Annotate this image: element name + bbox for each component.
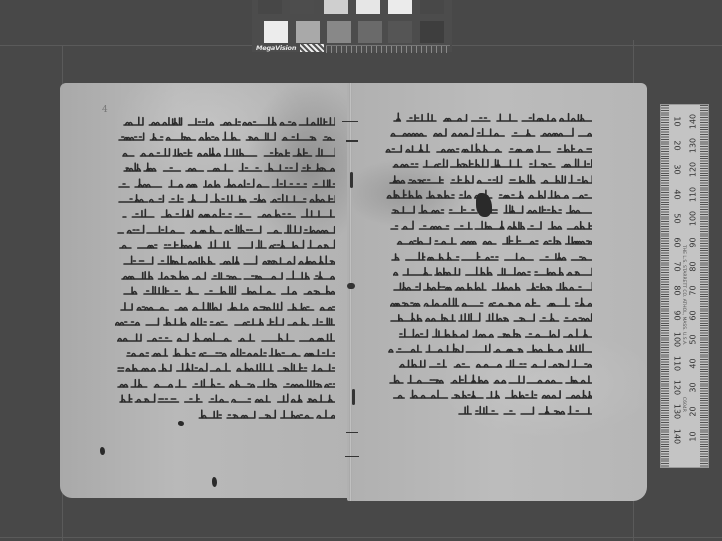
target-scale-bar [326,45,450,53]
script-line [457,404,592,414]
ruler-number-left: 110 [673,354,682,374]
script-line [389,126,592,136]
ruler-ticks-right [700,105,708,467]
swatch [264,21,288,43]
right-page-text-block [382,111,592,421]
megavision-logo: MegaVision [256,44,296,52]
ink-spot [212,477,217,487]
ruler-number-right: 140 [689,112,698,132]
ruler-number-right: 110 [689,184,698,204]
calibration-target: MegaVision [252,0,452,52]
sewing-thread [342,121,358,122]
script-line [118,392,335,402]
script-line [117,192,335,202]
ruler-number-right: 60 [689,305,698,325]
script-line [389,219,592,229]
checker-pattern-icon [300,44,324,52]
ruler-number-right: 120 [689,160,698,180]
ruler-number-left: 40 [673,184,682,204]
manuscript-right-page [347,83,647,501]
ruler-number-left: 100 [673,329,682,349]
script-line [119,161,335,171]
ruler-model-text: C604R [681,397,686,412]
swatch [356,0,380,14]
script-line [392,111,592,121]
ruler-number-right: 70 [689,281,698,301]
script-line [385,142,592,152]
ruler-number-left: 30 [673,160,682,180]
sewing-thread [346,432,358,433]
script-line [392,280,592,290]
ruler-number-right: 30 [689,378,698,398]
script-line [391,157,592,167]
ruler-number-left: 70 [673,257,682,277]
manuscript-left-page: 4 [60,83,350,498]
ruler-number-right: 10 [689,426,698,446]
swatch [258,0,282,14]
sewing-hole [347,283,355,289]
ink-spot [100,447,105,455]
script-line [114,238,335,248]
frame-guide-bottom [0,537,722,538]
ruler-number-right: 40 [689,354,698,374]
script-line [393,265,592,275]
script-line [121,207,335,217]
script-line [393,357,592,367]
script-line [118,346,335,356]
ruler-number-left: 80 [673,281,682,301]
ruler-ticks-left [661,105,669,467]
script-line [117,177,335,187]
swatch [420,0,444,14]
ruler-number-left: 140 [673,426,682,446]
script-line [122,115,335,125]
script-line [389,234,592,244]
script-line [116,361,335,371]
folio-number: 4 [102,105,108,115]
script-line [115,315,335,325]
script-line [119,300,335,310]
script-line [390,250,592,260]
script-line [391,388,592,398]
swatch [420,21,444,43]
swatch [358,21,382,43]
script-line [388,173,592,183]
ruler-number-right: 90 [689,233,698,253]
ruler-number-left: 60 [673,233,682,253]
script-line [119,146,335,156]
sewing-thread [346,140,358,142]
left-page-text-block [110,115,335,425]
script-line [116,223,335,233]
ruler-number-left: 20 [673,136,682,156]
script-line [392,327,592,337]
script-line [389,311,592,321]
ruler-number-right: 80 [689,257,698,277]
ruler-number-left: 130 [673,402,682,422]
script-line [390,296,592,306]
swatch [324,0,348,14]
gutter-fold [349,83,352,501]
swatch [327,21,351,43]
sewing-thread [345,456,359,457]
swatch [388,0,412,14]
script-line [116,331,335,341]
ink-spot [178,421,184,426]
ruler-number-right: 100 [689,208,698,228]
sewing-hole [352,389,355,405]
ruler-number-left: 10 [673,112,682,132]
ruler-number-right: 130 [689,136,698,156]
script-line [388,373,592,383]
ruler-maker-text: THE L.S. STARRETT CO. ATHOL, MASS. U.S.A… [681,245,686,345]
script-line [387,342,592,352]
ruler-number-right: 20 [689,402,698,422]
swatch [388,21,412,43]
sewing-hole [350,172,353,188]
ruler-number-left: 50 [673,208,682,228]
script-line [117,130,335,140]
script-line [122,254,335,264]
script-line [191,408,335,418]
swatch [290,0,314,14]
measurement-ruler: THE L.S. STARRETT CO. ATHOL, MASS. U.S.A… [660,104,709,468]
swatch [296,21,320,43]
ruler-number-right: 50 [689,329,698,349]
script-line [120,269,335,279]
ruler-number-left: 90 [673,305,682,325]
ruler-number-left: 120 [673,378,682,398]
script-line [120,284,335,294]
script-line [116,377,335,387]
